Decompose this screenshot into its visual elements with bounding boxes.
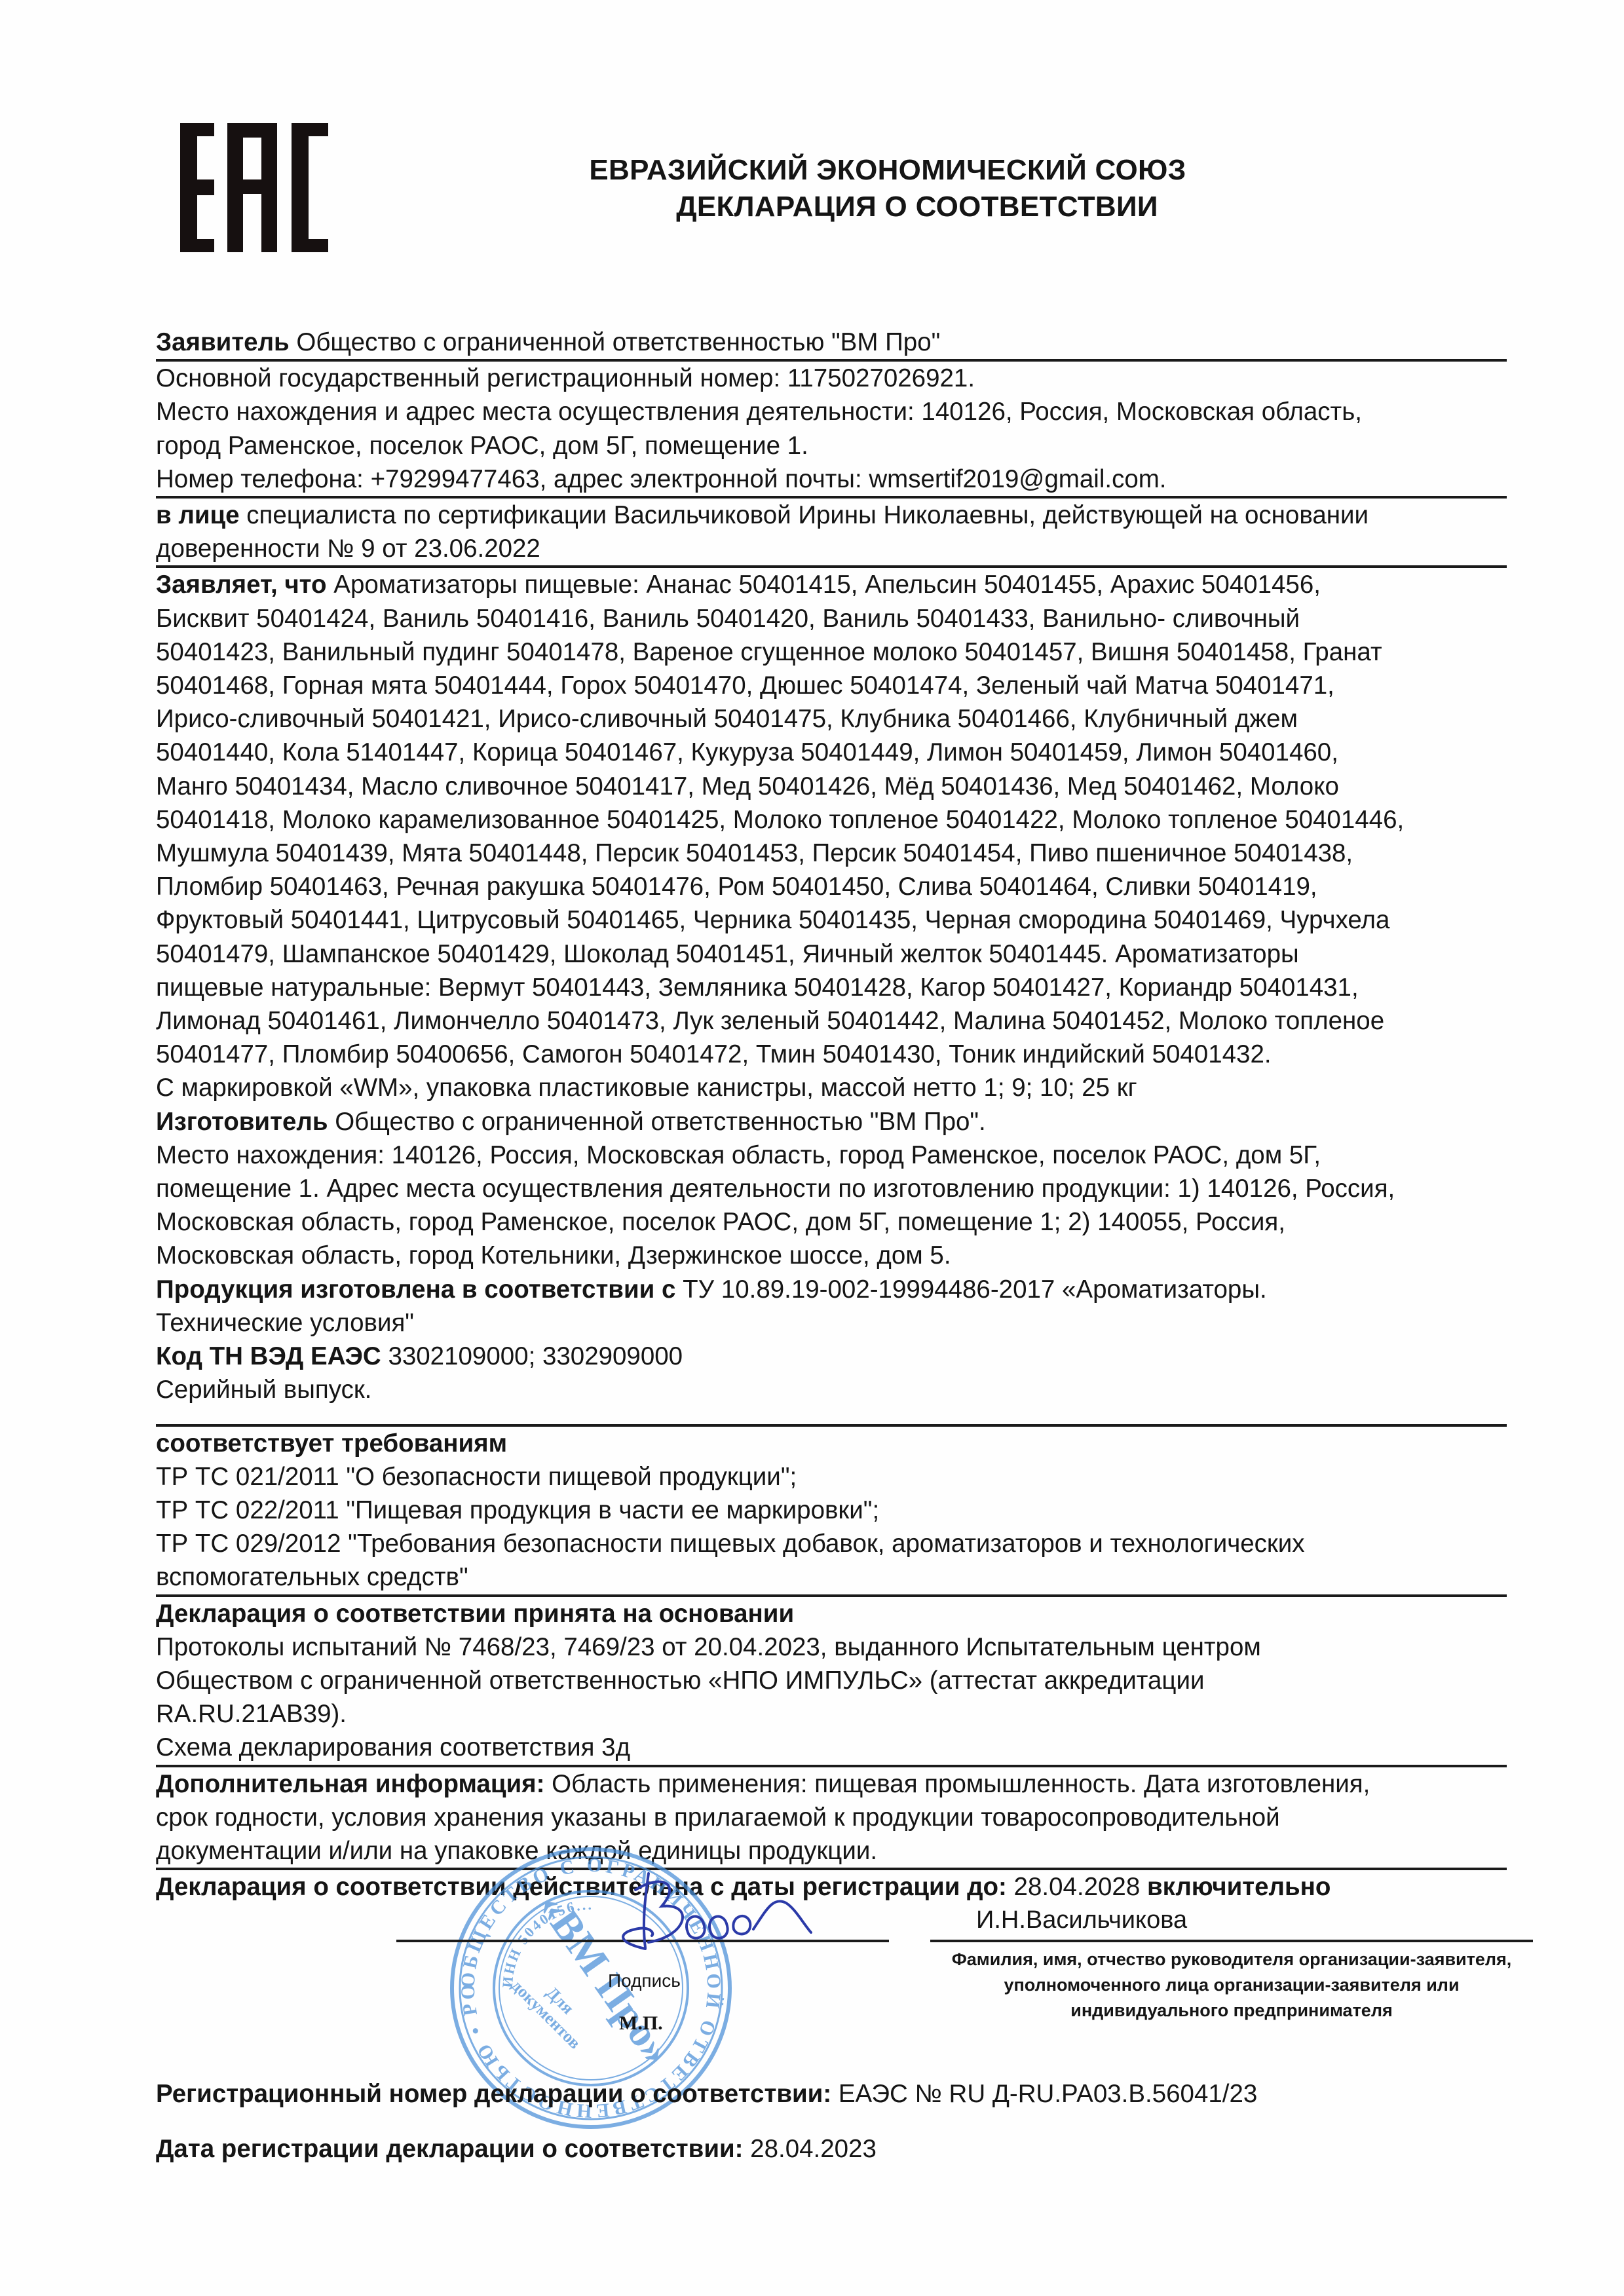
declares-line: 50401418, Молоко карамелизованное 504014… xyxy=(156,803,1507,837)
registration-number: ЕАЭС № RU Д-RU.РА03.В.56041/23 xyxy=(831,2080,1257,2108)
requirement-item: ТР ТС 021/2011 "О безопасности пищевой п… xyxy=(156,1460,1507,1494)
section-divider xyxy=(156,1407,1507,1427)
applicant-address-2: город Раменское, поселок РАОС, дом 5Г, п… xyxy=(156,429,1507,462)
handwritten-signature-icon xyxy=(590,1870,812,1952)
title-declaration: ДЕКЛАРАЦИЯ О СООТВЕТСТВИИ xyxy=(531,189,1245,225)
declares-line: Бисквит 50401424, Ваниль 50401416, Ванил… xyxy=(156,602,1507,635)
basis-line: Протоколы испытаний № 7468/23, 7469/23 о… xyxy=(156,1630,1507,1664)
applicant-name: Общество с ограниченной ответственностью… xyxy=(290,328,941,356)
requirement-item: ТР ТС 029/2012 "Требования безопасности … xyxy=(156,1527,1507,1560)
production-type: Серийный выпуск. xyxy=(156,1373,1507,1406)
registration-number-label: Регистрационный номер декларации о соотв… xyxy=(156,2080,831,2108)
validity-suffix: включительно xyxy=(1140,1873,1331,1901)
declares-line: Пломбир 50401463, Речная ракушка 5040147… xyxy=(156,870,1507,903)
validity-row: Декларация о соответствии действительна … xyxy=(156,1870,1507,1904)
declaration-page: ЕВРАЗИЙСКИЙ ЭКОНОМИЧЕСКИЙ СОЮЗ ДЕКЛАРАЦИ… xyxy=(0,0,1624,2296)
applicant-contacts: Номер телефона: +79299477463, адрес элек… xyxy=(156,462,1507,499)
additional-line: срок годности, условия хранения указаны … xyxy=(156,1801,1507,1834)
standard-row: Продукция изготовлена в соответствии с Т… xyxy=(156,1273,1507,1306)
basis-line: Обществом с ограниченной ответственность… xyxy=(156,1664,1507,1697)
declares-row-0: Заявляет, что Ароматизаторы пищевые: Ана… xyxy=(156,568,1507,601)
registration-date: 28.04.2023 xyxy=(743,2135,876,2163)
declares-line: Мушмула 50401439, Мята 50401448, Персик … xyxy=(156,837,1507,870)
declares-line: Лимонад 50401461, Лимончелло 50401473, Л… xyxy=(156,1004,1507,1038)
signer-name-line xyxy=(930,1940,1533,1942)
applicant-row: Заявитель Общество с ограниченной ответс… xyxy=(156,326,1507,362)
basis-label: Декларация о соответствии принята на осн… xyxy=(156,1597,1507,1630)
additional-line: документации и/или на упаковке каждой ед… xyxy=(156,1834,1507,1870)
represented-text: специалиста по сертификации Васильчиково… xyxy=(240,501,1369,529)
declares-line: пищевые натуральные: Вермут 50401443, Зе… xyxy=(156,971,1507,1004)
additional-text: Область применения: пищевая промышленнос… xyxy=(544,1770,1370,1798)
declares-line: 50401477, Пломбир 50400656, Самогон 5040… xyxy=(156,1038,1507,1071)
signature-label: Подпись xyxy=(608,1970,681,1991)
applicant-ogrn: Основной государственный регистрационный… xyxy=(156,362,1507,395)
manufacturer-name: Общество с ограниченной ответственностью… xyxy=(328,1108,986,1136)
manufacturer-address: Место нахождения: 140126, Россия, Москов… xyxy=(156,1139,1507,1172)
declares-line: С маркировкой «WM», упаковка пластиковые… xyxy=(156,1071,1507,1104)
declares-line: 50401440, Кола 51401447, Корица 50401467… xyxy=(156,736,1507,769)
manufacturer-row: Изготовитель Общество с ограниченной отв… xyxy=(156,1105,1507,1139)
additional-label: Дополнительная информация: xyxy=(156,1770,544,1798)
declares-line: Ирисо-сливочный 50401421, Ирисо-сливочны… xyxy=(156,702,1507,736)
declaration-body: Заявитель Общество с ограниченной ответс… xyxy=(156,326,1507,1904)
represented-row-2: доверенности № 9 от 23.06.2022 xyxy=(156,532,1507,568)
manufacturer-address: помещение 1. Адрес места осуществления д… xyxy=(156,1172,1507,1205)
basis-scheme: Схема декларирования соответствия 3д xyxy=(156,1731,1507,1767)
registration-date-row: Дата регистрации декларации о соответств… xyxy=(156,2133,877,2166)
declares-line: Манго 50401434, Масло сливочное 50401417… xyxy=(156,770,1507,803)
signer-caption-line: индивидуального предпринимателя xyxy=(930,1998,1533,2023)
represented-label: в лице xyxy=(156,501,240,529)
applicant-label: Заявитель xyxy=(156,328,290,356)
requirement-item: вспомогательных средств" xyxy=(156,1560,1507,1596)
declares-line: 50401479, Шампанское 50401429, Шоколад 5… xyxy=(156,937,1507,971)
validity-date: 28.04.2028 xyxy=(1007,1873,1140,1901)
manufacturer-label: Изготовитель xyxy=(156,1108,328,1136)
declares-line: 50401423, Ванильный пудинг 50401478, Вар… xyxy=(156,635,1507,669)
declares-line: 50401468, Горная мята 50401444, Горох 50… xyxy=(156,669,1507,702)
declares-label: Заявляет, что xyxy=(156,571,327,599)
seal-label: М.П. xyxy=(619,2012,663,2035)
requirements-label: соответствует требованиям xyxy=(156,1427,1507,1460)
hs-code-label: Код ТН ВЭД ЕАЭС xyxy=(156,1342,381,1370)
standard-label: Продукция изготовлена в соответствии с xyxy=(156,1275,675,1304)
standard-value-2: Технические условия" xyxy=(156,1306,1507,1340)
signer-name: И.Н.Васильчикова xyxy=(976,1905,1187,1935)
basis-line: RA.RU.21АВ39). xyxy=(156,1697,1507,1731)
registration-number-row: Регистрационный номер декларации о соотв… xyxy=(156,2078,1257,2111)
manufacturer-address: Московская область, город Котельники, Дз… xyxy=(156,1239,1507,1272)
hs-code-value: 3302109000; 3302909000 xyxy=(381,1342,683,1370)
document-title: ЕВРАЗИЙСКИЙ ЭКОНОМИЧЕСКИЙ СОЮЗ ДЕКЛАРАЦИ… xyxy=(531,152,1245,225)
declares-line: Фруктовый 50401441, Цитрусовый 50401465,… xyxy=(156,903,1507,937)
requirement-item: ТР ТС 022/2011 "Пищевая продукция в част… xyxy=(156,1494,1507,1527)
represented-row-1: в лице специалиста по сертификации Васил… xyxy=(156,499,1507,532)
eac-logo-icon xyxy=(180,123,328,252)
signer-caption-line: Фамилия, имя, отчество руководителя орга… xyxy=(930,1947,1533,1972)
svg-text:документов: документов xyxy=(508,1976,584,2052)
registration-date-label: Дата регистрации декларации о соответств… xyxy=(156,2135,743,2163)
hs-code-row: Код ТН ВЭД ЕАЭС 3302109000; 3302909000 xyxy=(156,1340,1507,1373)
signer-caption-line: уполномоченного лица организации-заявите… xyxy=(930,1972,1533,1998)
declares-text-0: Ароматизаторы пищевые: Ананас 50401415, … xyxy=(327,571,1321,599)
title-union: ЕВРАЗИЙСКИЙ ЭКОНОМИЧЕСКИЙ СОЮЗ xyxy=(531,152,1245,189)
additional-row: Дополнительная информация: Область приме… xyxy=(156,1767,1507,1801)
manufacturer-address: Московская область, город Раменское, пос… xyxy=(156,1205,1507,1239)
signer-caption: Фамилия, имя, отчество руководителя орга… xyxy=(930,1947,1533,2023)
standard-value: ТУ 10.89.19-002-19994486-2017 «Ароматиза… xyxy=(675,1275,1266,1304)
applicant-address-1: Место нахождения и адрес места осуществл… xyxy=(156,395,1507,428)
